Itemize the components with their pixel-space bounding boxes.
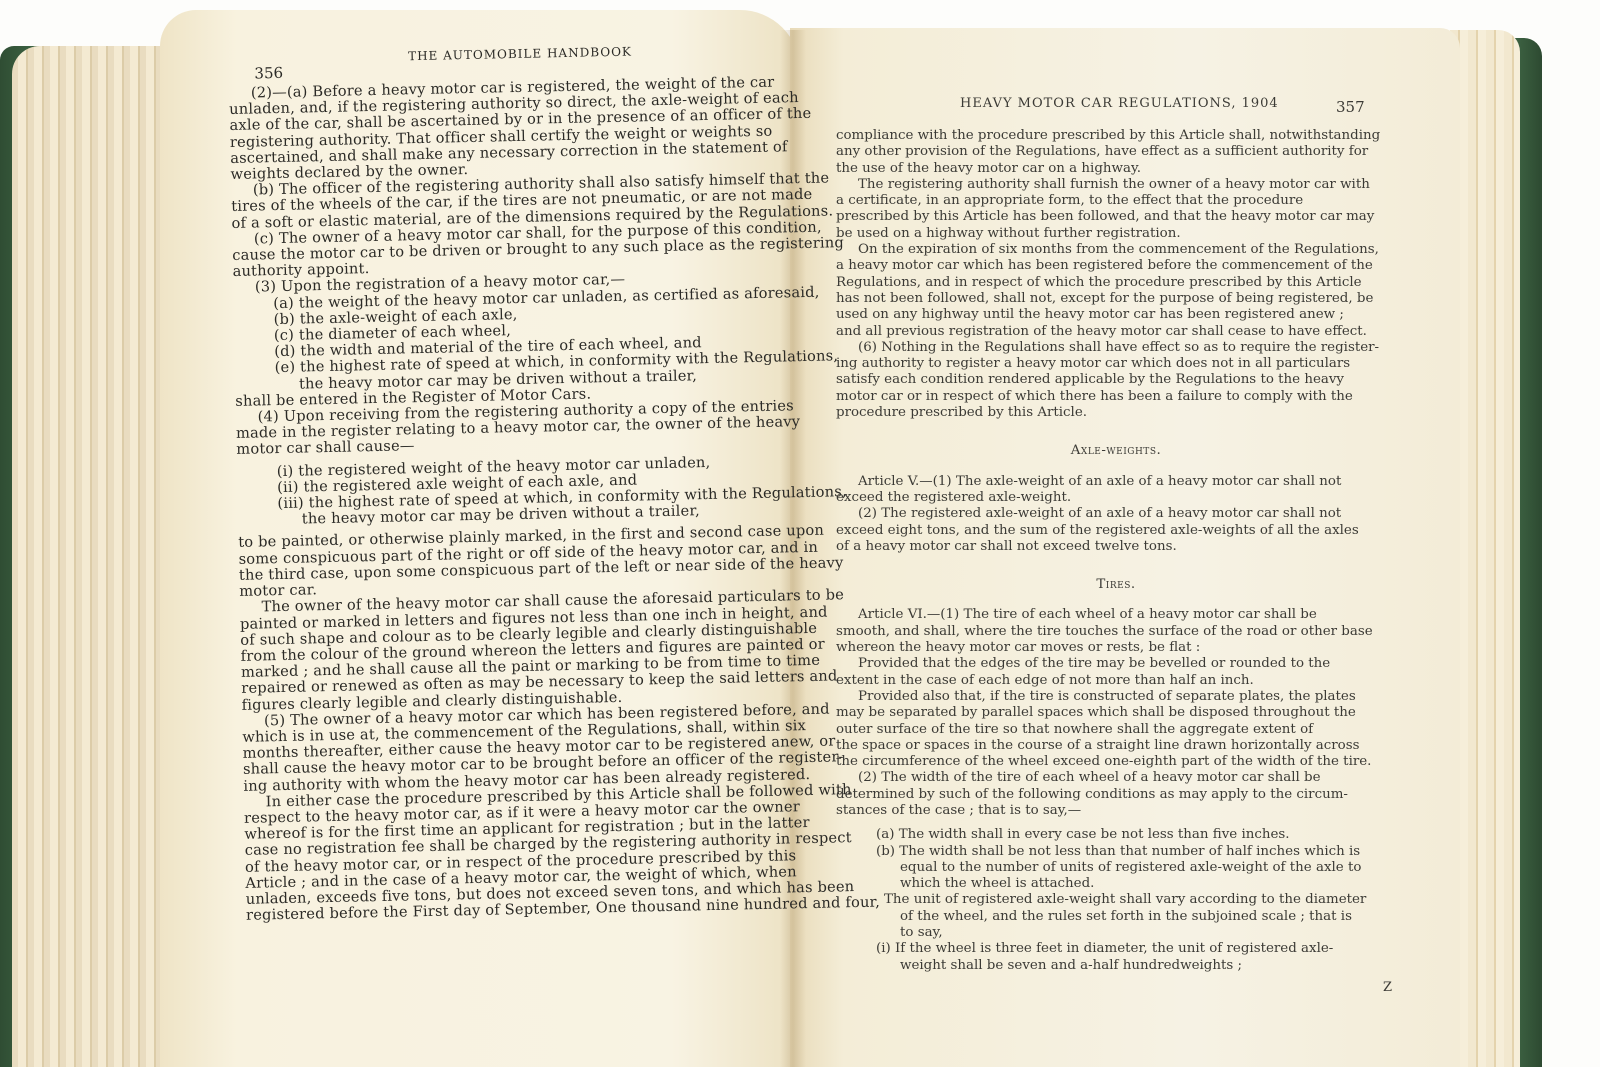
text-line: satisfy each condition rendered applicab… [836,372,1396,388]
page-edges-right [1450,30,1520,1067]
text-line: exceed eight tons, and the sum of the re… [836,523,1396,539]
list-item: (b) The width shall be not less than tha… [836,844,1396,860]
list-item: equal to the number of units of register… [836,860,1396,876]
text-line: determined by such of the following cond… [836,787,1396,803]
text-line: (6) Nothing in the Regulations shall hav… [836,340,1396,356]
text-line: Article VI.—(1) The tire of each wheel o… [836,607,1396,623]
text-line: and all previous registration of the hea… [836,324,1396,340]
section-heading-tires: Tires. [836,577,1396,593]
page-number: 356 [254,65,283,82]
text-line: prescribed by this Article has been foll… [836,209,1396,225]
text-line: Article V.—(1) The axle-weight of an axl… [836,474,1396,490]
text-line: Provided also that, if the tire is const… [836,689,1396,705]
running-head: THE AUTOMOBILE HANDBOOK [408,44,632,65]
open-book-photo: 356 THE AUTOMOBILE HANDBOOK (2)—(a) Befo… [0,0,1600,1067]
text-line: Regulations, and in respect of which the… [836,275,1396,291]
text-line: ing authority to register a heavy motor … [836,356,1396,372]
text-line: compliance with the procedure prescribed… [836,128,1396,144]
text-line: stances of the case ; that is to say,— [836,803,1396,819]
text-line: a certificate, in an appropriate form, t… [836,193,1396,209]
text-line: the space or spaces in the course of a s… [836,738,1396,754]
text-line: exceed the registered axle-weight. [836,490,1396,506]
text-line: be used on a highway without further reg… [836,226,1396,242]
text-line: the use of the heavy motor car on a high… [836,161,1396,177]
text-line: Provided that the edges of the tire may … [836,656,1396,672]
text-line: outer surface of the tire so that nowher… [836,722,1396,738]
text-line: extent in the case of each edge of not m… [836,673,1396,689]
text-line: motor car or in respect of which there h… [836,389,1396,405]
text-line: On the expiration of six months from the… [836,242,1396,258]
text-line: may be separated by parallel spaces whic… [836,705,1396,721]
list-item: (i) If the wheel is three feet in diamet… [836,941,1396,957]
right-page-text: compliance with the procedure prescribed… [836,128,1396,974]
list-item: weight shall be seven and a-half hundred… [836,958,1396,974]
left-page-text: 356 THE AUTOMOBILE HANDBOOK (2)—(a) Befo… [228,40,806,924]
text-line: used on any highway until the heavy moto… [836,307,1396,323]
text-line: (2) The registered axle-weight of an axl… [836,506,1396,522]
text-line: The registering authority shall furnish … [836,177,1396,193]
text-line: The unit of registered axle-weight shall… [836,892,1396,908]
text-line: of a heavy motor car shall not exceed tw… [836,539,1396,555]
text-line: (2) The width of the tire of each wheel … [836,770,1396,786]
text-line: whereon the heavy motor car moves or res… [836,640,1396,656]
list-item: which the wheel is attached. [836,876,1396,892]
list-item: (a) The width shall in every case be not… [836,827,1396,843]
text-line: procedure prescribed by this Article. [836,405,1396,421]
text-line: has not been followed, shall not, except… [836,291,1396,307]
page-number: 357 [1336,98,1365,116]
text-line: the circumference of the wheel exceed on… [836,754,1396,770]
signature-mark: Z [1383,980,1392,995]
text-line: of the wheel, and the rules set forth in… [836,909,1396,925]
text-line: smooth, and shall, where the tire touche… [836,624,1396,640]
section-heading-axle-weights: Axle-weights. [836,443,1396,459]
text-line: a heavy motor car which has been registe… [836,258,1396,274]
running-head: HEAVY MOTOR CAR REGULATIONS, 1904 [960,96,1279,111]
text-line: any other provision of the Regulations, … [836,144,1396,160]
text-line: to say, [836,925,1396,941]
